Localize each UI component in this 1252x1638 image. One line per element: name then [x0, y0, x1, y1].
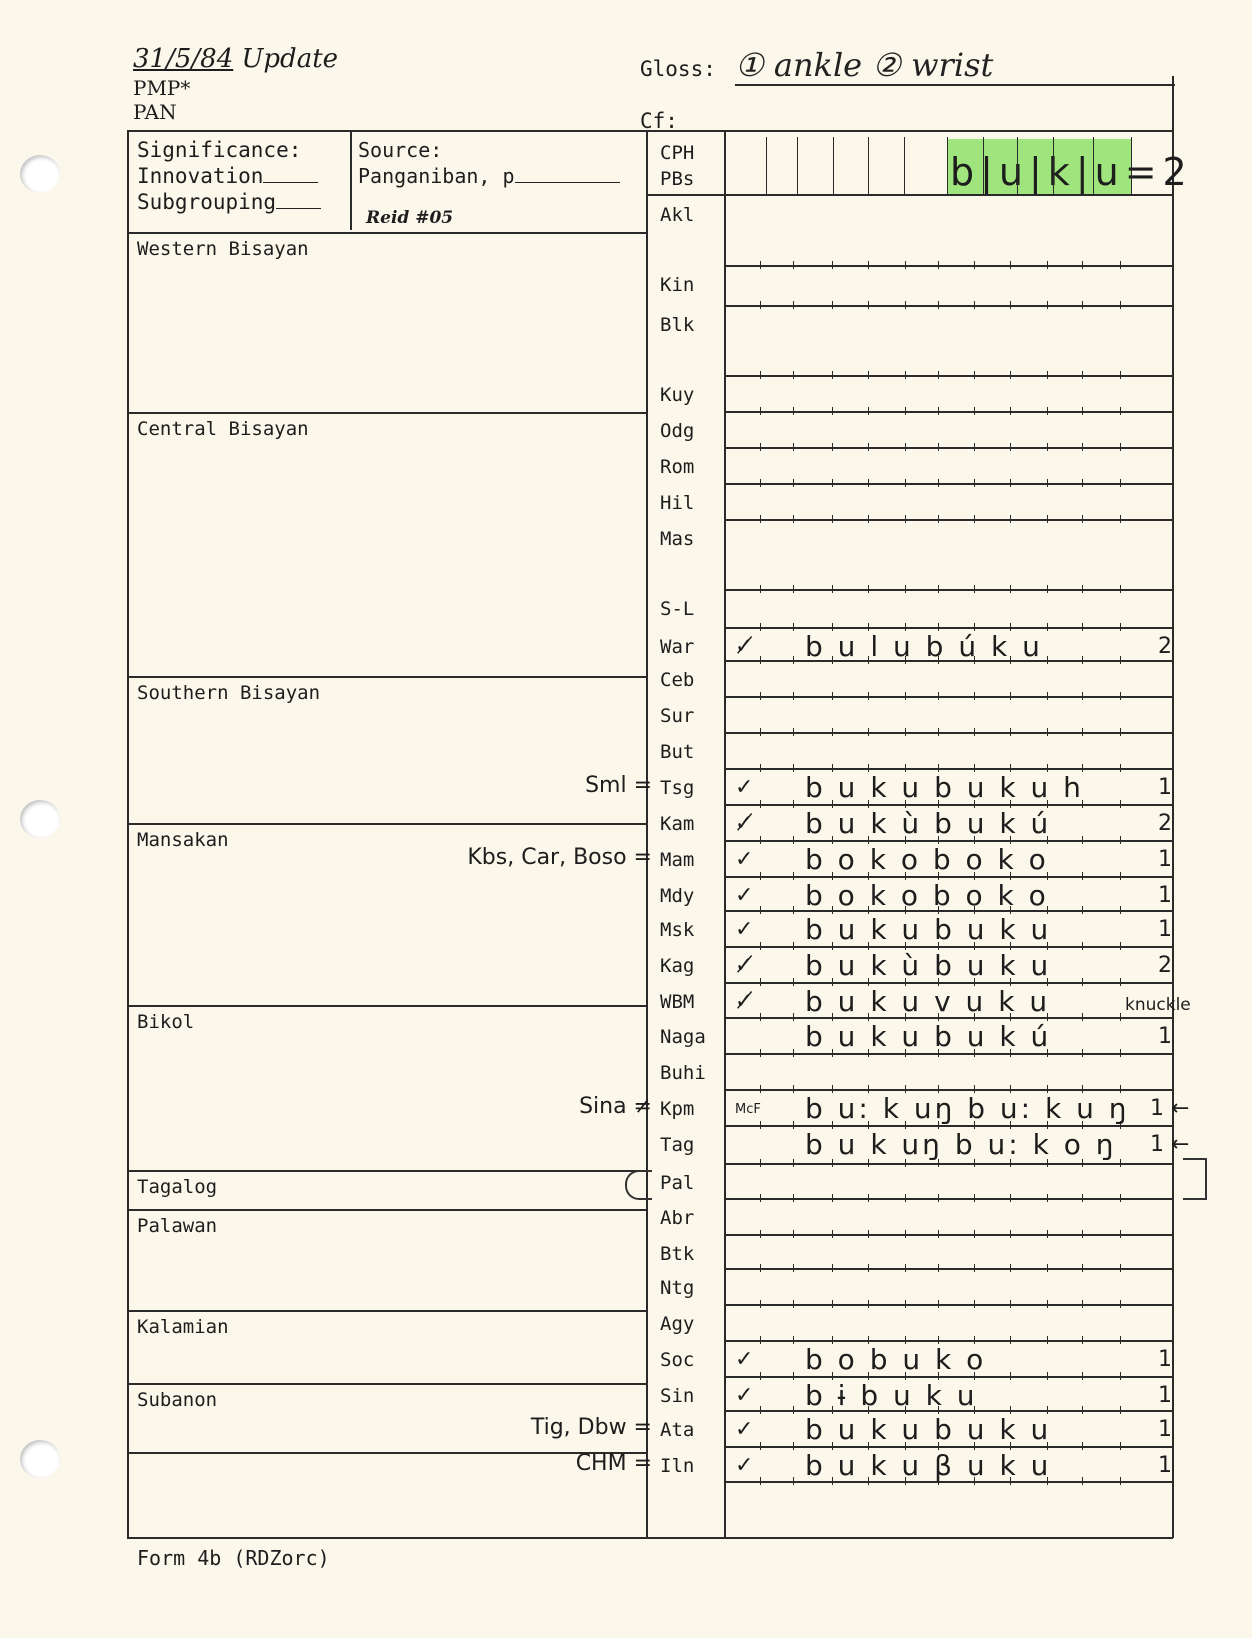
gloss-number: 2: [1158, 634, 1172, 659]
lang-code: Ntg: [660, 1277, 694, 1299]
pbs-cell-divider: [797, 137, 798, 195]
row-tick: [760, 371, 761, 379]
row-tick: [905, 1300, 906, 1308]
equivalence-note: Sina ≠: [579, 1094, 652, 1119]
row-tick: [832, 1264, 833, 1272]
row-tick: [760, 728, 761, 736]
frame-bottom: [127, 1537, 1173, 1539]
gloss-number: 2: [1158, 953, 1172, 978]
row-tick: [1047, 585, 1048, 593]
lang-code: War: [660, 636, 694, 658]
row-tick: [1082, 656, 1083, 664]
row-tick: [1082, 1336, 1083, 1344]
proto-level-pan: PAN: [133, 100, 190, 124]
lang-code: Msk: [660, 919, 694, 941]
equivalence-note: Kbs, Car, Boso =: [467, 845, 652, 870]
row-tick: [905, 407, 906, 415]
row-tick: [974, 1194, 975, 1202]
row-tick: [1120, 1406, 1121, 1414]
lang-code: Blk: [660, 314, 694, 336]
row-tick: [1047, 1300, 1048, 1308]
row-tick: [868, 728, 869, 736]
group-divider: [127, 676, 647, 678]
row-tick: [760, 1159, 761, 1167]
lang-code: Tsg: [660, 777, 694, 799]
row-tick: [868, 1264, 869, 1272]
check-mark[interactable]: ✓̸: [735, 634, 753, 659]
row-tick: [760, 1300, 761, 1308]
lang-code: Sur: [660, 705, 694, 727]
row-tick: [1082, 906, 1083, 914]
group-divider: [127, 1005, 647, 1007]
row-tick: [1047, 728, 1048, 736]
row-tick: [1010, 301, 1011, 309]
row-tick: [793, 1372, 794, 1380]
reflex-form[interactable]: b u k u β u k u: [805, 1449, 1051, 1482]
gloss-value: ① ankle ② wrist: [735, 46, 993, 84]
row-tick: [1120, 692, 1121, 700]
equivalence-note: Tig, Dbw =: [531, 1415, 652, 1440]
check-mark[interactable]: ✓: [735, 1417, 753, 1442]
row-tick: [974, 301, 975, 309]
row-tick: [868, 515, 869, 523]
reflex-form[interactable]: b u k ù b u k ú: [805, 807, 1051, 840]
binder-hole: [20, 800, 60, 838]
row-tick: [760, 1049, 761, 1057]
group-label: Palawan: [137, 1215, 217, 1237]
lang-code: Odg: [660, 420, 694, 442]
gloss-number: 1: [1158, 1024, 1172, 1049]
pbs-bottom-line: [646, 194, 1173, 196]
label-cph: CPH: [660, 140, 694, 166]
row-tick: [1120, 443, 1121, 451]
row-tick: [793, 872, 794, 880]
lang-code: Mdy: [660, 885, 694, 907]
row-tick: [868, 371, 869, 379]
row-tick: [832, 692, 833, 700]
row-tick: [760, 692, 761, 700]
form-label: Form 4b (RDZorc): [137, 1546, 330, 1570]
row-tick: [1120, 585, 1121, 593]
row-tick: [1120, 1049, 1121, 1057]
pbs-cell-divider: [1053, 137, 1054, 195]
row-tick: [760, 800, 761, 808]
check-mark[interactable]: ✓: [735, 883, 753, 908]
row-tick: [1120, 656, 1121, 664]
row-tick: [793, 978, 794, 986]
row-tick: [793, 623, 794, 631]
row-tick: [760, 479, 761, 487]
sig-source-divider: [350, 130, 352, 230]
row-tick: [1047, 515, 1048, 523]
row-tick: [793, 1230, 794, 1238]
row-tick: [1082, 1300, 1083, 1308]
lang-code: Kuy: [660, 384, 694, 406]
row-tick: [868, 479, 869, 487]
lang-code: Soc: [660, 1349, 694, 1371]
row-tick: [793, 764, 794, 772]
row-tick: [1082, 371, 1083, 379]
lang-code: Kin: [660, 274, 694, 296]
reflex-form[interactable]: b u l u b ú k u: [805, 630, 1043, 663]
gloss-number: 1 ←: [1150, 1096, 1189, 1121]
row-tick: [974, 261, 975, 269]
row-tick: [1082, 872, 1083, 880]
row-tick: [1120, 906, 1121, 914]
binder-hole: [20, 1440, 60, 1478]
innovation-field[interactable]: Innovation: [137, 163, 321, 189]
row-tick: [1047, 1264, 1048, 1272]
row-tick: [760, 764, 761, 772]
row-tick: [760, 906, 761, 914]
row-tick: [1120, 942, 1121, 950]
reflex-form[interactable]: b u k u v u k u: [805, 985, 1050, 1018]
row-tick: [1120, 978, 1121, 986]
row-tick: [974, 479, 975, 487]
row-tick: [1010, 1230, 1011, 1238]
proto-levels: PMP* PAN: [133, 76, 190, 124]
row-tick: [1120, 800, 1121, 808]
pbs-cell-divider: [766, 137, 767, 195]
pbs-cell-divider: [904, 137, 905, 195]
row-tick: [793, 1264, 794, 1272]
bracket-arrow: [1183, 1158, 1207, 1200]
lang-code: Rom: [660, 456, 694, 478]
frame-right: [1172, 130, 1174, 1538]
row-tick: [1082, 1477, 1083, 1485]
subgrouping-field[interactable]: Subgrouping: [137, 189, 321, 215]
check-mark[interactable]: ✓: [735, 847, 753, 872]
check-mark[interactable]: ✓: [735, 917, 753, 942]
frame-left: [127, 130, 129, 1538]
row-tick: [905, 1194, 906, 1202]
pbs-cell-divider: [1131, 137, 1132, 195]
row-tick: [1082, 978, 1083, 986]
row-tick: [1047, 443, 1048, 451]
row-tick: [793, 1300, 794, 1308]
check-mark[interactable]: McF: [735, 1102, 761, 1117]
row-tick: [760, 942, 761, 950]
row-tick: [905, 479, 906, 487]
row-tick: [1010, 1372, 1011, 1380]
row-tick: [974, 1264, 975, 1272]
reflex-form[interactable]: b u k uŋ b u: k o ŋ: [805, 1128, 1116, 1161]
row-tick: [1010, 479, 1011, 487]
row-tick: [793, 1194, 794, 1202]
row-tick: [1120, 1372, 1121, 1380]
group-label: Western Bisayan: [137, 238, 309, 260]
row-tick: [868, 1230, 869, 1238]
check-mark[interactable]: ✓: [735, 1383, 753, 1408]
row-tick: [905, 728, 906, 736]
row-tick: [905, 371, 906, 379]
lang-code: Agy: [660, 1313, 694, 1335]
lang-code: Pal: [660, 1172, 694, 1194]
row-tick: [793, 1477, 794, 1485]
row-tick: [868, 443, 869, 451]
row-tick: [832, 371, 833, 379]
row-tick: [868, 692, 869, 700]
row-tick: [868, 261, 869, 269]
source-note: Reid #05: [366, 208, 453, 228]
row-tick: [793, 1121, 794, 1129]
row-tick: [1082, 692, 1083, 700]
row-tick: [1082, 1264, 1083, 1272]
row-tick: [760, 261, 761, 269]
row-tick: [1082, 1049, 1083, 1057]
row-tick: [793, 1049, 794, 1057]
row-tick: [1120, 1336, 1121, 1344]
row-tick: [974, 443, 975, 451]
row-tick: [938, 1300, 939, 1308]
row-tick: [1082, 515, 1083, 523]
row-tick: [760, 301, 761, 309]
check-mark[interactable]: ✓: [735, 1453, 753, 1478]
subgrouping-label: Subgrouping: [137, 190, 276, 214]
row-tick: [793, 301, 794, 309]
row-tick: [1120, 836, 1121, 844]
row-tick: [1047, 656, 1048, 664]
row-tick: [1082, 585, 1083, 593]
row-tick: [832, 407, 833, 415]
row-tick: [793, 515, 794, 523]
lang-code: WBM: [660, 991, 694, 1013]
lang-code: Abr: [660, 1207, 694, 1229]
lang-code: Ata: [660, 1419, 694, 1441]
pbs-cell-divider: [1093, 137, 1094, 195]
pbs-cell-divider: [833, 137, 834, 195]
row-tick: [938, 371, 939, 379]
significance-block: Significance: Innovation Subgrouping: [137, 137, 321, 215]
pbs-cell-divider: [947, 137, 948, 195]
row-tick: [938, 1230, 939, 1238]
group-label: Kalamian: [137, 1316, 229, 1338]
row-tick: [1082, 1372, 1083, 1380]
row-tick: [1047, 1336, 1048, 1344]
row-tick: [1047, 1372, 1048, 1380]
source-value: Panganiban, p: [358, 164, 515, 188]
update-label: Update: [242, 44, 339, 74]
row-tick: [1047, 371, 1048, 379]
row-tick: [1010, 1264, 1011, 1272]
gloss-number: knuckle: [1125, 995, 1191, 1015]
check-mark[interactable]: ✓̸: [735, 989, 753, 1014]
row-tick: [832, 728, 833, 736]
lang-code: Buhi: [660, 1062, 706, 1084]
row-tick: [760, 1372, 761, 1380]
row-tick: [1120, 479, 1121, 487]
row-tick: [938, 261, 939, 269]
row-tick: [905, 1264, 906, 1272]
row-tick: [1082, 1406, 1083, 1414]
reflex-form[interactable]: b u k ù b u k u: [805, 949, 1051, 982]
reflex-form[interactable]: b u k u b u k u: [805, 1413, 1051, 1446]
group-divider: [127, 412, 647, 414]
row-tick: [1120, 407, 1121, 415]
row-tick: [832, 301, 833, 309]
row-tick: [793, 443, 794, 451]
row-tick: [793, 585, 794, 593]
row-tick: [1047, 301, 1048, 309]
row-tick: [760, 872, 761, 880]
check-mark[interactable]: ✓̸: [735, 811, 753, 836]
row-tick: [1120, 1013, 1121, 1021]
row-tick: [832, 585, 833, 593]
row-tick: [832, 1194, 833, 1202]
gloss-number: 1: [1158, 1383, 1172, 1408]
reflex-form[interactable]: b o k o b o k o: [805, 879, 1049, 912]
reflex-form[interactable]: b u: k uŋ b u: k u ŋ: [805, 1092, 1130, 1125]
label-pbs: PBs: [660, 166, 694, 192]
reconstruction-value[interactable]: b|u|k|u=2: [950, 150, 1193, 194]
row-tick: [938, 1264, 939, 1272]
row-tick: [793, 1336, 794, 1344]
reflex-form[interactable]: b u k u b u k u: [805, 913, 1051, 946]
row-tick: [760, 1442, 761, 1450]
lang-code: Hil: [660, 492, 694, 514]
row-tick: [793, 728, 794, 736]
row-tick: [1082, 301, 1083, 309]
row-tick: [1082, 479, 1083, 487]
row-tick: [1010, 692, 1011, 700]
lang-code: Tag: [660, 1134, 694, 1156]
row-tick: [1120, 1230, 1121, 1238]
row-tick: [1120, 1194, 1121, 1202]
group-divider: [127, 1452, 647, 1454]
row-tick: [1010, 515, 1011, 523]
gloss-number: 1: [1158, 917, 1172, 942]
row-tick: [760, 1013, 761, 1021]
lang-code: Sin: [660, 1385, 694, 1407]
proto-level-pmp: PMP*: [133, 76, 190, 100]
lang-code: Mas: [660, 528, 694, 550]
row-tick: [793, 836, 794, 844]
row-tick: [938, 443, 939, 451]
group-label: Mansakan: [137, 829, 229, 851]
row-tick: [760, 1121, 761, 1129]
pbs-cell-divider: [983, 137, 984, 195]
row-tick: [1082, 1194, 1083, 1202]
row-tick: [760, 1194, 761, 1202]
check-mark[interactable]: ✓̸: [735, 953, 753, 978]
row-tick: [1120, 728, 1121, 736]
equivalence-note: Sml =: [585, 773, 652, 798]
row-tick: [1082, 836, 1083, 844]
check-mark[interactable]: ✓: [735, 775, 753, 800]
row-tick: [868, 1194, 869, 1202]
form-column-left: [724, 130, 726, 1538]
row-tick: [760, 623, 761, 631]
row-tick: [1082, 1442, 1083, 1450]
row-tick: [793, 906, 794, 914]
row-tick: [793, 371, 794, 379]
row-tick: [1047, 623, 1048, 631]
row-tick: [1120, 1477, 1121, 1485]
row-tick: [760, 443, 761, 451]
row-tick: [938, 728, 939, 736]
reconstruction-labels: CPH PBs: [660, 140, 694, 192]
row-tick: [760, 1085, 761, 1093]
row-tick: [760, 585, 761, 593]
row-tick: [1120, 261, 1121, 269]
row-tick: [760, 515, 761, 523]
row-tick: [905, 1230, 906, 1238]
lang-code: Btk: [660, 1243, 694, 1265]
row-tick: [1010, 728, 1011, 736]
row-tick: [832, 1300, 833, 1308]
row-tick: [1082, 728, 1083, 736]
row-tick: [1082, 623, 1083, 631]
lang-code: Kag: [660, 955, 694, 977]
row-tick: [1010, 1336, 1011, 1344]
row-tick: [1120, 1159, 1121, 1167]
gloss-number: 1: [1158, 1347, 1172, 1372]
row-tick: [832, 479, 833, 487]
lang-code: S-L: [660, 598, 694, 620]
row-tick: [974, 692, 975, 700]
row-tick: [1010, 585, 1011, 593]
row-tick: [793, 261, 794, 269]
row-tick: [938, 301, 939, 309]
row-tick: [974, 1300, 975, 1308]
gloss-label: Gloss:: [640, 57, 716, 81]
reflex-form[interactable]: b u k u b u k u h: [805, 771, 1084, 804]
pbs-cell-divider: [1017, 137, 1018, 195]
gloss-number: 1: [1158, 1417, 1172, 1442]
lang-column-left: [646, 130, 648, 1538]
row-tick: [760, 1477, 761, 1485]
row-tick: [938, 515, 939, 523]
row-tick: [938, 479, 939, 487]
row-tick: [868, 585, 869, 593]
lang-code: Akl: [660, 204, 694, 226]
lang-code: Kam: [660, 813, 694, 835]
frame-line: [1172, 76, 1174, 136]
check-mark[interactable]: ✓: [735, 1347, 753, 1372]
row-tick: [974, 1230, 975, 1238]
reflex-form[interactable]: b u k u b u k ú: [805, 1020, 1051, 1053]
row-tick: [1120, 1300, 1121, 1308]
reflex-form[interactable]: b ɨ b u k u: [805, 1379, 978, 1412]
pbs-cell-divider: [868, 137, 869, 195]
row-tick: [1082, 1013, 1083, 1021]
row-tick: [793, 1085, 794, 1093]
binder-hole: [20, 155, 60, 193]
row-tick: [1120, 1442, 1121, 1450]
row-tick: [1047, 1194, 1048, 1202]
gloss-number: 1: [1158, 847, 1172, 872]
row-tick: [760, 1336, 761, 1344]
group-label: Bikol: [137, 1011, 194, 1033]
row-tick: [974, 407, 975, 415]
row-tick: [832, 515, 833, 523]
lang-code: But: [660, 741, 694, 763]
source-field[interactable]: Panganiban, p: [358, 163, 620, 189]
row-tick: [1047, 479, 1048, 487]
row-tick: [938, 692, 939, 700]
row-tick: [905, 301, 906, 309]
kpm-tag-arrow: [625, 1170, 652, 1200]
row-tick: [1120, 764, 1121, 772]
row-tick: [1120, 872, 1121, 880]
reflex-form[interactable]: b o b u k o: [805, 1343, 986, 1376]
reflex-form[interactable]: b o k o b o k o: [805, 843, 1049, 876]
row-tick: [905, 443, 906, 451]
row-tick: [905, 261, 906, 269]
row-tick: [1010, 443, 1011, 451]
row-tick: [938, 407, 939, 415]
lang-code: Ceb: [660, 669, 694, 691]
